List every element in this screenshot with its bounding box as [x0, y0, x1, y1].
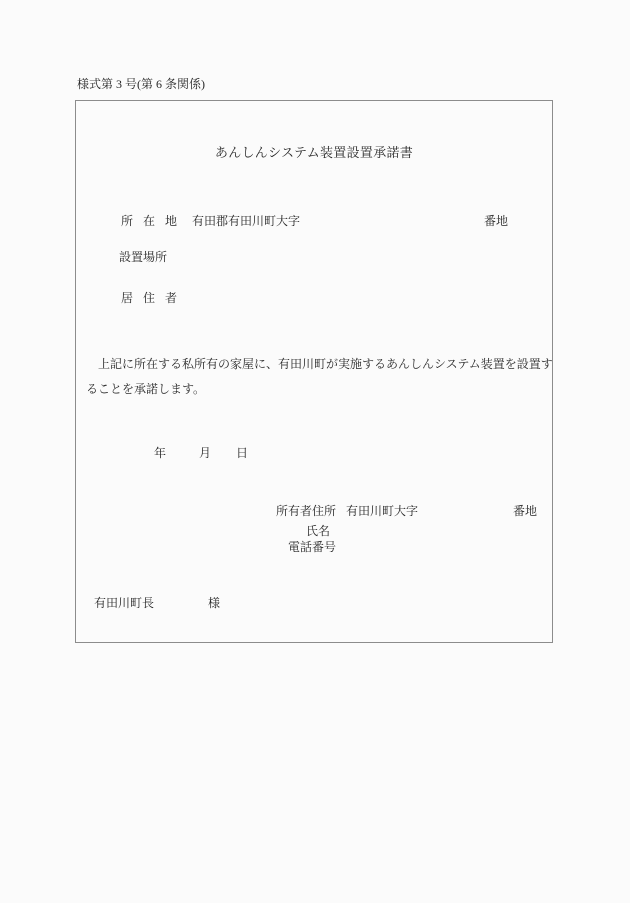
- location-unit-label: 番地: [484, 215, 508, 229]
- owner-address-value: 有田川町大字: [346, 505, 418, 519]
- consent-form-page: 様式第 3 号(第 6 条関係) あんしんシステム装置設置承諾書 所在地 有田郡…: [0, 0, 630, 903]
- addressee-name: 有田川町長: [94, 597, 154, 611]
- location-value: 有田郡有田川町大字: [192, 215, 300, 229]
- location-label: 所在地: [121, 215, 187, 229]
- owner-address-label: 所有者住所: [276, 505, 336, 519]
- day-label: 日: [236, 447, 248, 461]
- owner-address-unit-label: 番地: [513, 505, 537, 519]
- form-border-box: あんしんシステム装置設置承諾書 所在地 有田郡有田川町大字 番地 設置場所 居住…: [75, 100, 553, 643]
- month-label: 月: [199, 447, 211, 461]
- consent-paragraph-line: ることを承諾します。: [86, 382, 205, 396]
- form-number-label: 様式第 3 号(第 6 条関係): [77, 78, 205, 92]
- resident-label: 居住者: [121, 292, 187, 306]
- owner-phone-label: 電話番号: [288, 541, 336, 555]
- owner-name-label: 氏名: [306, 525, 330, 539]
- installation-place-label: 設置場所: [119, 251, 167, 265]
- year-label: 年: [154, 447, 166, 461]
- form-title: あんしんシステム装置設置承諾書: [76, 146, 552, 161]
- addressee-honorific: 様: [208, 597, 220, 611]
- consent-paragraph-line: 上記に所在する私所有の家屋に、有田川町が実施するあんしんシステム装置を設置す: [86, 357, 553, 371]
